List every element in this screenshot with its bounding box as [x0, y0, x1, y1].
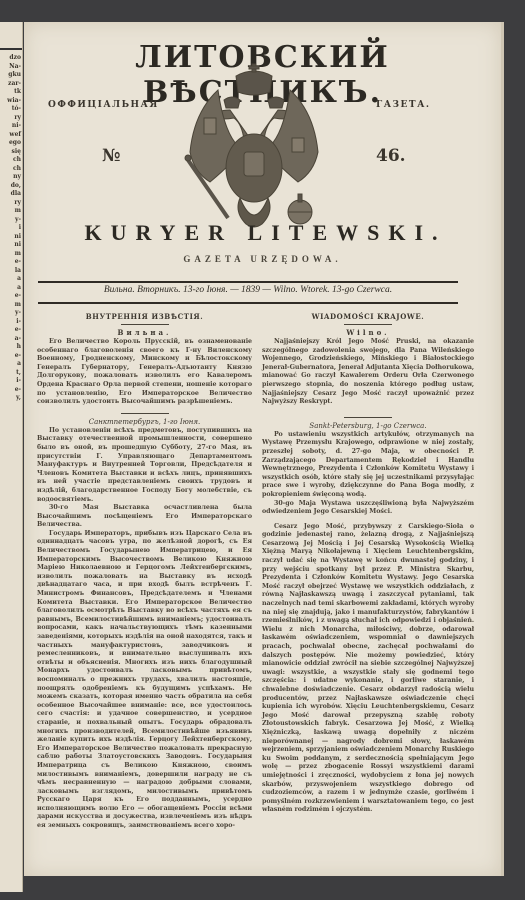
article-place: Вильна. — [37, 328, 252, 337]
previous-page-edge: dzo Na- gku zar- tk wia- tó- ry ni- wef … — [0, 22, 23, 892]
article-paragraph: Cesarz Jego Mość, przybywszy z Carskiego… — [262, 523, 474, 815]
divider — [344, 417, 392, 418]
page-edge — [501, 22, 504, 876]
article-dateline: Санктпетербургъ, 1-го Іюня. — [37, 418, 252, 426]
russian-column: ВНУТРЕННІЯ ИЗВѢСТІЯ. Вильна. Его Величес… — [37, 312, 252, 831]
section-title-polish: WIADOMOŚCI KRAJOWE. — [262, 312, 474, 321]
article-paragraph: По установленіи всѣхъ предметовъ, поступ… — [37, 427, 252, 504]
article-paragraph: 30-go Maja Wystawa uszczęśliwioną była N… — [262, 500, 474, 517]
previous-page-line-ends: dzo Na- gku zar- tk wia- tó- ry ni- wef … — [1, 54, 21, 403]
previous-page-rule — [0, 48, 22, 50]
article-paragraph: 30-го Мая Выставка осчастливлена была Вы… — [37, 504, 252, 530]
issue-number-sign: № — [102, 146, 120, 166]
date-line: Вильна. Вторникъ. 13-го Іюня. — 1839 — W… — [38, 285, 458, 295]
divider — [121, 413, 169, 414]
article-paragraph: Его Величество Король Прусскій, въ ознам… — [37, 338, 252, 407]
masthead-title-polish: KURYER LITEWSKI. — [24, 220, 501, 246]
divider — [121, 324, 169, 325]
masthead-subtitle: GAZETA URZĘDOWA. — [24, 254, 501, 264]
date-line-top-rule — [38, 281, 458, 283]
section-title-russian: ВНУТРЕННІЯ ИЗВѢСТІЯ. — [37, 312, 252, 321]
date-line-bottom-rule — [38, 302, 458, 304]
article-paragraph: Najjaśniejszy Król Jego Mość Pruski, na … — [262, 338, 474, 407]
divider — [344, 324, 392, 325]
newspaper-page: ЛИТОВСКИЙ ВѢСТНИКЪ. ОФФИЦІАЛЬНАЯ ГАЗЕТА.… — [24, 22, 501, 876]
polish-column: WIADOMOŚCI KRAJOWE. Wilno. Najjaśniejszy… — [262, 312, 474, 815]
article-paragraph: Государь Императоръ, прибывъ изъ Царскаг… — [37, 530, 252, 831]
official-label: ОФФИЦІАЛЬНАЯ — [48, 100, 159, 110]
issue-number: 46. — [376, 146, 406, 166]
double-headed-eagle-icon — [184, 62, 324, 242]
article-paragraph: Po ustawieniu wszystkich artykułów, otrz… — [262, 431, 474, 500]
gazette-label: ГАЗЕТА. — [376, 100, 431, 110]
article-place: Wilno. — [262, 328, 474, 337]
article-dateline: Sankt-Petersburg, 1-go Czerwca. — [262, 422, 474, 430]
